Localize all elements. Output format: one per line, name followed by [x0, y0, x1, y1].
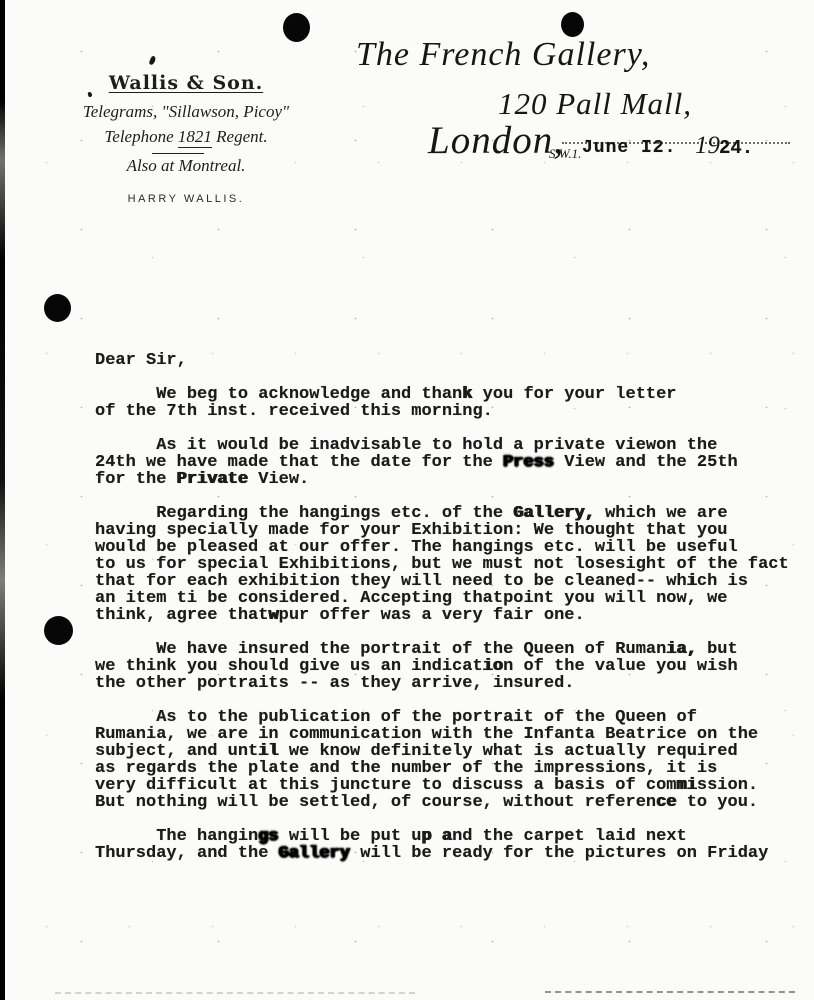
paragraph: Regarding the hangings etc. of the Galle…	[95, 505, 801, 624]
typewritten-line: of the 7th inst. received this morning.	[95, 403, 801, 420]
typewritten-line: having specially made for your Exhibitio…	[95, 522, 801, 539]
telegrams-line: Telegrams, "Sillawson, Picoy"	[46, 102, 326, 122]
typewritten-line: As it would be inadvisable to hold a pri…	[95, 437, 801, 454]
typewritten-line: would be pleased at our offer. The hangi…	[95, 539, 801, 556]
punch-hole	[44, 616, 73, 645]
paragraph: We beg to acknowledge and thank you for …	[95, 386, 801, 420]
gallery-name: The French Gallery,	[356, 36, 650, 74]
scan-bottom-artifact	[545, 991, 795, 993]
also-at-line: Also at Montreal.	[60, 156, 312, 176]
typewritten-line: Rumania, we are in communication with th…	[95, 726, 801, 743]
street-address: 120 Pall Mall,	[498, 86, 692, 122]
typewritten-line: Thursday, and the Gallery will be ready …	[95, 845, 801, 862]
typewritten-line: an item ti be considered. Accepting that…	[95, 590, 801, 607]
letter-paragraphs: We beg to acknowledge and thank you for …	[95, 386, 801, 862]
paragraph: As it would be inadvisable to hold a pri…	[95, 437, 801, 488]
typewritten-line: 24th we have made that the date for the …	[95, 454, 801, 471]
proprietor-name: HARRY WALLIS.	[60, 193, 312, 205]
typewritten-line: subject, and until we know definitely wh…	[95, 743, 801, 760]
typewritten-line: as regards the plate and the number of t…	[95, 760, 801, 777]
typewritten-line: we think you should give us an indicatio…	[95, 658, 801, 675]
scan-edge-strip	[0, 0, 5, 1000]
telephone-label: Telephone	[104, 127, 178, 146]
paragraph: We have insured the portrait of the Quee…	[95, 641, 801, 692]
city-name: London,	[428, 118, 564, 163]
typewritten-line: think, agree thatwpur offer was a very f…	[95, 607, 801, 624]
salutation: Dear Sir,	[95, 352, 801, 369]
scan-bottom-artifact	[55, 992, 415, 994]
typewritten-line: But nothing will be settled, of course, …	[95, 794, 801, 811]
postal-district: S.W.1.	[549, 146, 581, 162]
typewritten-line: As to the publication of the portrait of…	[95, 709, 801, 726]
scanned-letter-page: { "colors": { "ink": "#1b1b1b", "paper":…	[0, 0, 814, 1000]
telephone-number: 1821	[178, 127, 212, 148]
company-name: Wallis & Son.	[60, 72, 312, 94]
printed-year-prefix: 19	[695, 132, 720, 160]
letter-body: Dear Sir, We beg to acknowledge and than…	[95, 352, 801, 862]
typewritten-line: for the Private View.	[95, 471, 801, 488]
punch-hole	[283, 13, 310, 42]
punch-hole	[44, 294, 71, 322]
typewritten-line: that for each exhibition they will need …	[95, 573, 801, 590]
telephone-underline-rule	[152, 153, 204, 154]
ink-speck	[148, 55, 156, 65]
telephone-line: Telephone 1821 Regent.	[60, 127, 312, 147]
paragraph: As to the publication of the portrait of…	[95, 709, 801, 811]
typewritten-line: to us for special Exhibitions, but we mu…	[95, 556, 801, 573]
telephone-exchange: Regent.	[212, 127, 268, 146]
typewritten-line: We beg to acknowledge and thank you for …	[95, 386, 801, 403]
punch-hole	[561, 12, 584, 37]
typed-year: 24.	[719, 137, 753, 159]
typewritten-line: Regarding the hangings etc. of the Galle…	[95, 505, 801, 522]
typewritten-line: very difficult at this juncture to discu…	[95, 777, 801, 794]
paragraph: The hangings will be put up and the carp…	[95, 828, 801, 862]
typewritten-line: the other portraits -- as they arrive, i…	[95, 675, 801, 692]
typed-date: June I2.	[582, 138, 676, 158]
typewritten-line: The hangings will be put up and the carp…	[95, 828, 801, 845]
typewritten-line: We have insured the portrait of the Quee…	[95, 641, 801, 658]
